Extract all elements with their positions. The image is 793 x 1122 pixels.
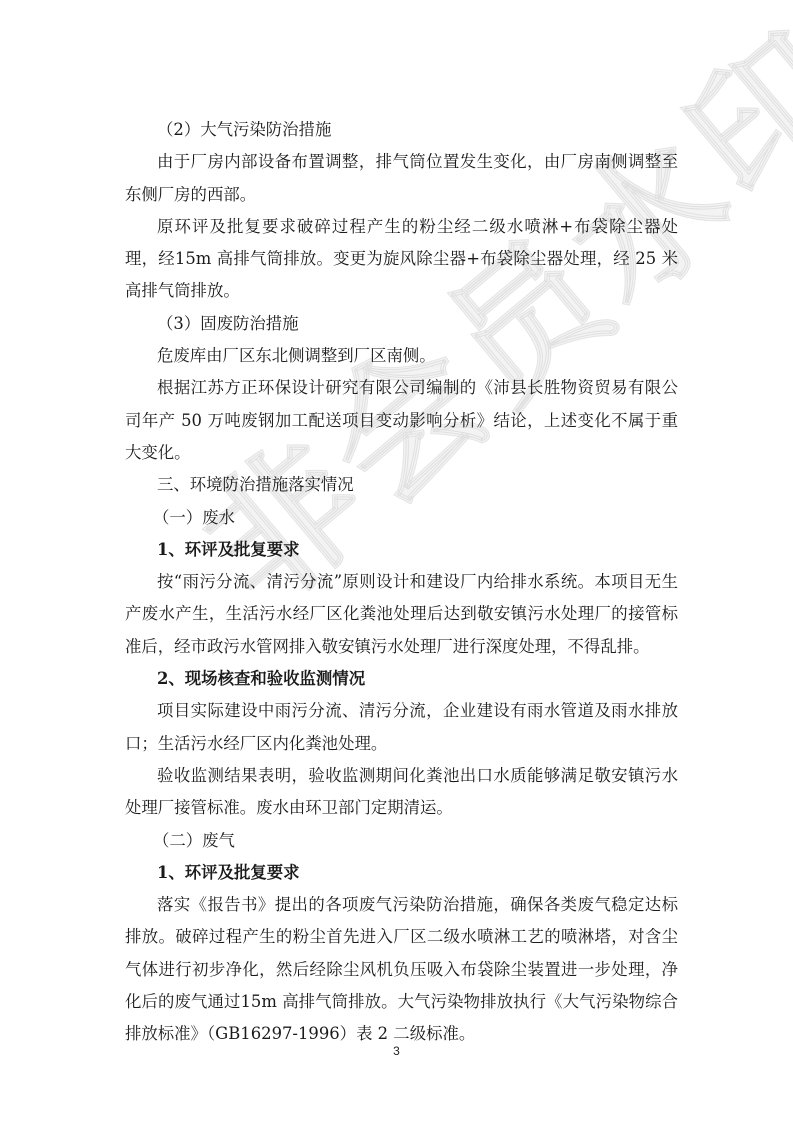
wastewater-inspection-paragraph-2: 验收监测结果表明，验收监测期间化粪池出口水质能够满足敬安镇污水处理厂接管标准。废… <box>125 760 678 825</box>
air-measures-paragraph-2: 原环评及批复要求破碎过程产生的粉尘经二级水喷淋+布袋除尘器处理，经15m 高排气… <box>125 211 678 308</box>
solid-waste-heading: （3）固废防治措施 <box>125 308 678 340</box>
waste-gas-requirements-paragraph: 落实《报告书》提出的各项废气污染防治措施，确保各类废气稳定达标排放。破碎过程产生… <box>125 889 678 1050</box>
chapter-3-heading: 三、环境防治措施落实情况 <box>125 469 678 501</box>
wastewater-requirements-heading: 1、环评及批复要求 <box>125 534 678 566</box>
solid-waste-paragraph: 危废库由厂区东北侧调整到厂区南侧。 <box>125 340 678 372</box>
wastewater-inspection-paragraph-1: 项目实际建设中雨污分流、清污分流，企业建设有雨水管道及雨水排放口；生活污水经厂区… <box>125 695 678 760</box>
waste-gas-requirements-heading: 1、环评及批复要求 <box>125 857 678 889</box>
wastewater-requirements-paragraph: 按“雨污分流、清污分流”原则设计和建设厂内给排水系统。本项目无生产废水产生，生活… <box>125 566 678 663</box>
wastewater-heading: （一）废水 <box>125 502 678 534</box>
page-number: 3 <box>0 1044 793 1058</box>
document-body: （2）大气污染防治措施 由于厂房内部设备布置调整，排气筒位置发生变化，由厂房南侧… <box>125 114 678 1051</box>
conclusion-paragraph: 根据江苏方正环保设计研究有限公司编制的《沛县长胜物资贸易有限公司年产 50 万吨… <box>125 372 678 469</box>
document-page: 非会员水印 （2）大气污染防治措施 由于厂房内部设备布置调整，排气筒位置发生变化… <box>0 0 793 1122</box>
air-measures-paragraph-1: 由于厂房内部设备布置调整，排气筒位置发生变化，由厂房南侧调整至东侧厂房的西部。 <box>125 146 678 211</box>
air-measures-heading: （2）大气污染防治措施 <box>125 114 678 146</box>
waste-gas-heading: （二）废气 <box>125 825 678 857</box>
wastewater-inspection-heading: 2、现场核查和验收监测情况 <box>125 663 678 695</box>
